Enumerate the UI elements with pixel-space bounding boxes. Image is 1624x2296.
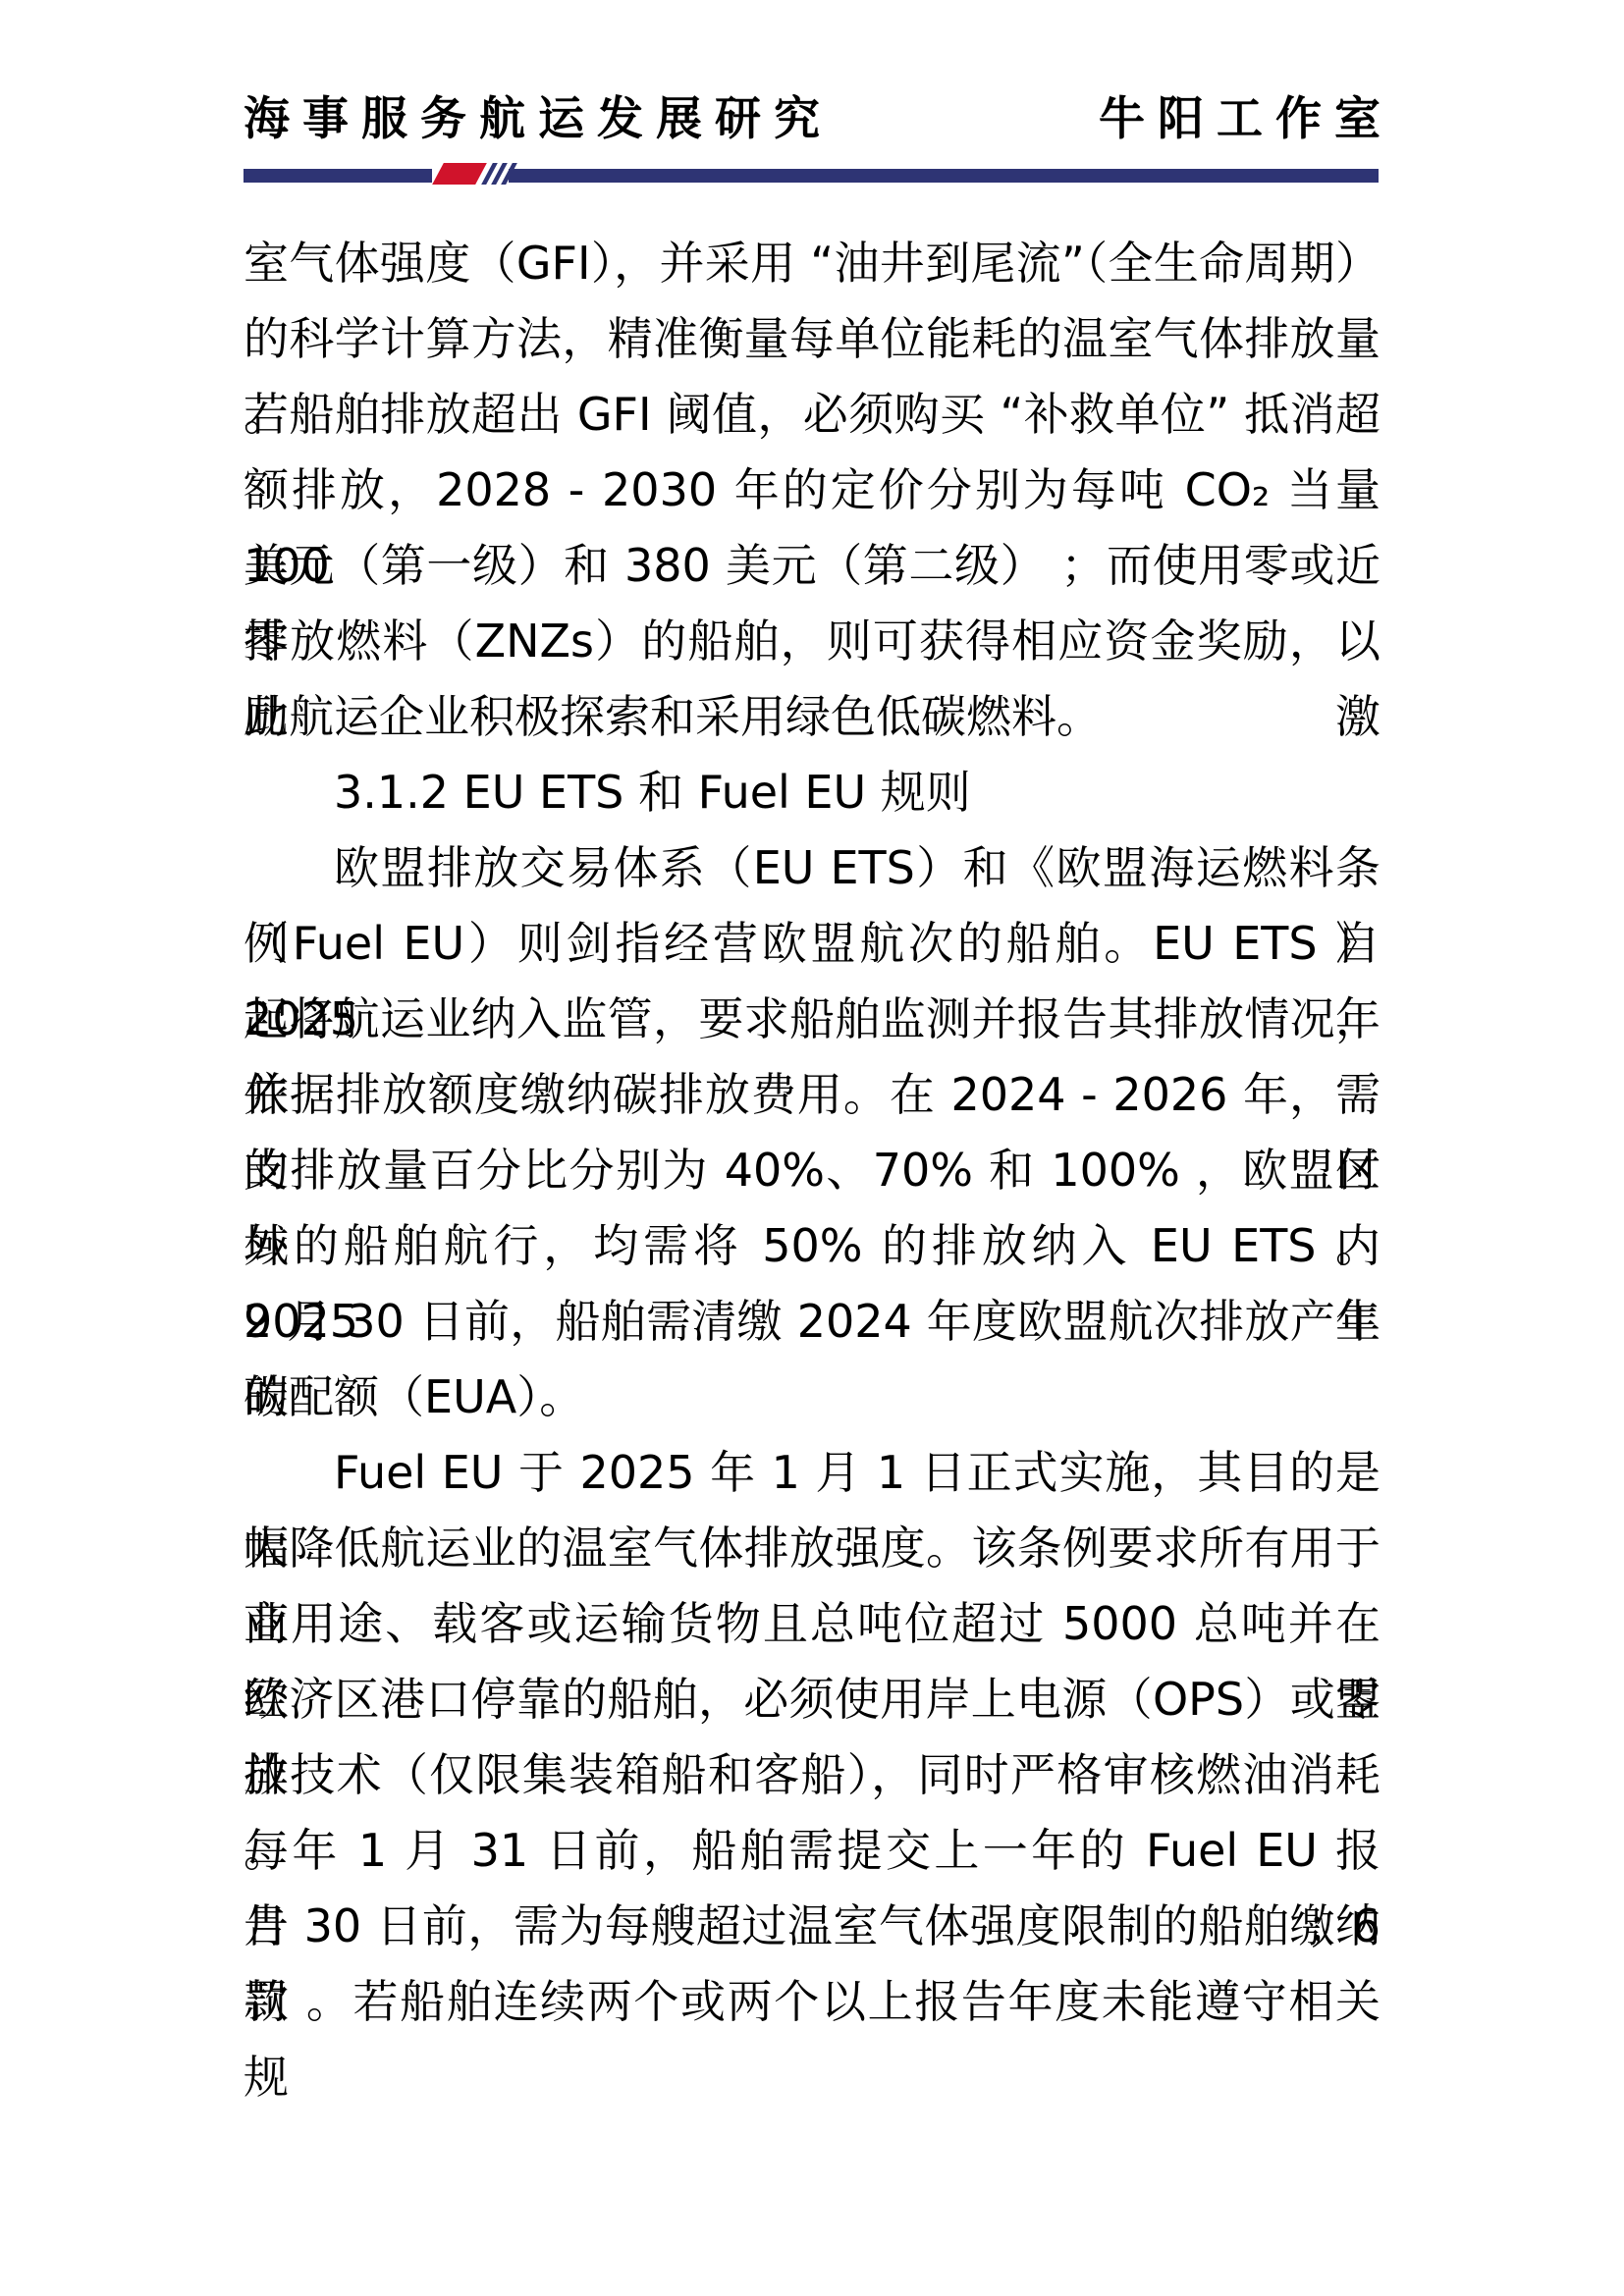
body-line: 放技术（仅限集装箱船和客船），同时严格审核燃油消耗 。 xyxy=(244,1737,1380,1813)
body-line: 幅降低航运业的温室气体排放强度。该条例要求所有用于商 xyxy=(244,1511,1380,1586)
body-line: 9 月 30 日前，船舶需清缴 2024 年度欧盟航次排放产生的 xyxy=(244,1284,1380,1360)
header-divider-bar xyxy=(244,163,1379,185)
body-line: 额排放，2028 - 2030 年的定价分别为每吨 CO₂ 当量 100 xyxy=(244,453,1380,528)
body-line: 美元（第一级）和 380 美元（第二级） ；而使用零或近零 xyxy=(244,528,1380,604)
body-line: 款 。若船舶连续两个或两个以上报告年度未能遵守相关规 xyxy=(244,1964,1380,2040)
section-heading-3-1-2: 3.1.2 EU ETS 和 Fuel EU 规则 xyxy=(244,755,1380,830)
body-line: Fuel EU 于 2025 年 1 月 1 日正式实施，其目的是大 xyxy=(244,1435,1380,1511)
header-right-title: 牛阳工作室 xyxy=(1099,90,1393,149)
body-line: 若船舶排放超出 GFI 阈值，必须购买 “补救单位” 抵消超 xyxy=(244,377,1380,453)
body-line: 依据排放额度缴纳碳排放费用。在 2024 - 2026 年，需支付 xyxy=(244,1057,1380,1133)
body-line: 的排放量百分比分别为 40%、70% 和 100% ，欧盟区域内 xyxy=(244,1133,1380,1208)
document-page: 海事服务航运发展研究 牛阳工作室 室气体强度（GFI），并采用 “油井到尾流”（… xyxy=(0,0,1624,2296)
body-line: 起将航运业纳入监管，要求船舶监测并报告其排放情况，并 xyxy=(244,982,1380,1057)
body-line: 外的船舶航行，均需将 50% 的排放纳入 EU ETS 。2025 年 xyxy=(244,1208,1380,1284)
body-line: 月 30 日前，需为每艘超过温室气体强度限制的船舶缴纳罚 xyxy=(244,1889,1380,1964)
body-line: 碳配额（EUA）。 xyxy=(244,1360,1380,1435)
red-parallelogram-accent xyxy=(432,163,487,185)
body-line: 业用途、载客或运输货物且总吨位超过 5000 总吨并在欧盟 xyxy=(244,1586,1380,1662)
header-left-title: 海事服务航运发展研究 xyxy=(244,90,833,149)
body-line: 经济区港口停靠的船舶，必须使用岸上电源（OPS）或零排 xyxy=(244,1662,1380,1737)
body-line: 排放燃料（ZNZs）的船舶，则可获得相应资金奖励，以此激 xyxy=(244,604,1380,679)
body-line: 的科学计算方法，精准衡量每单位能耗的温室气体排放量 。 xyxy=(244,301,1380,377)
divider-bar-right-segment xyxy=(509,169,1379,183)
body-line: 欧盟排放交易体系（EU ETS）和《欧盟海运燃料条例》 xyxy=(244,830,1380,906)
page-header: 海事服务航运发展研究 牛阳工作室 xyxy=(244,90,1380,149)
body-line: 每年 1 月 31 日前，船舶需提交上一年的 Fuel EU 报告；6 xyxy=(244,1813,1380,1889)
body-line: （Fuel EU）则剑指经营欧盟航次的船舶。EU ETS 自 2025 年 xyxy=(244,906,1380,982)
document-body: 室气体强度（GFI），并采用 “油井到尾流”（全生命周期） 的科学计算方法，精准… xyxy=(244,226,1380,2040)
divider-bar-left-segment xyxy=(244,169,432,183)
body-line: 室气体强度（GFI），并采用 “油井到尾流”（全生命周期） xyxy=(244,226,1380,301)
